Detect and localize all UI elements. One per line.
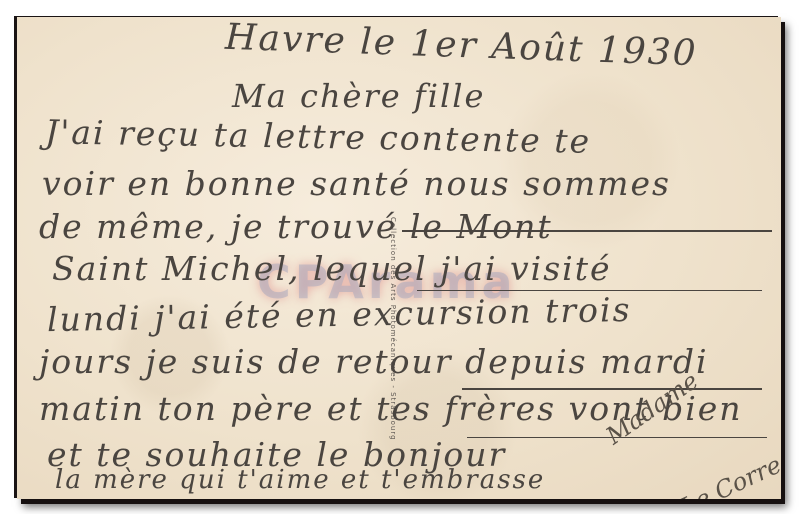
handwritten-line: J'ai reçu ta lettre contente te <box>45 112 592 161</box>
handwritten-line: jours je suis de retour depuis mardi <box>39 342 709 381</box>
handwritten-line: voir en bonne santé nous sommes <box>42 164 671 203</box>
date-line: Havre le 1er Août 1930 <box>224 17 698 74</box>
address-rule <box>417 290 762 291</box>
handwritten-line: lundi j'ai été en excursion trois <box>47 290 632 339</box>
address-rule <box>402 230 772 232</box>
greeting: Ma chère fille <box>232 77 485 115</box>
handwritten-line: la mère qui t'aime et t'embrasse <box>55 465 545 495</box>
signature-line: Le Corre <box>676 451 781 499</box>
strikethrough-line <box>462 388 762 390</box>
postcard: CPArama Collection des Arts Photomécaniq… <box>17 17 781 499</box>
handwritten-line: Saint Michel, lequel j'ai visité <box>52 249 612 288</box>
handwritten-line: de même, je trouvé le Mont <box>39 207 553 246</box>
